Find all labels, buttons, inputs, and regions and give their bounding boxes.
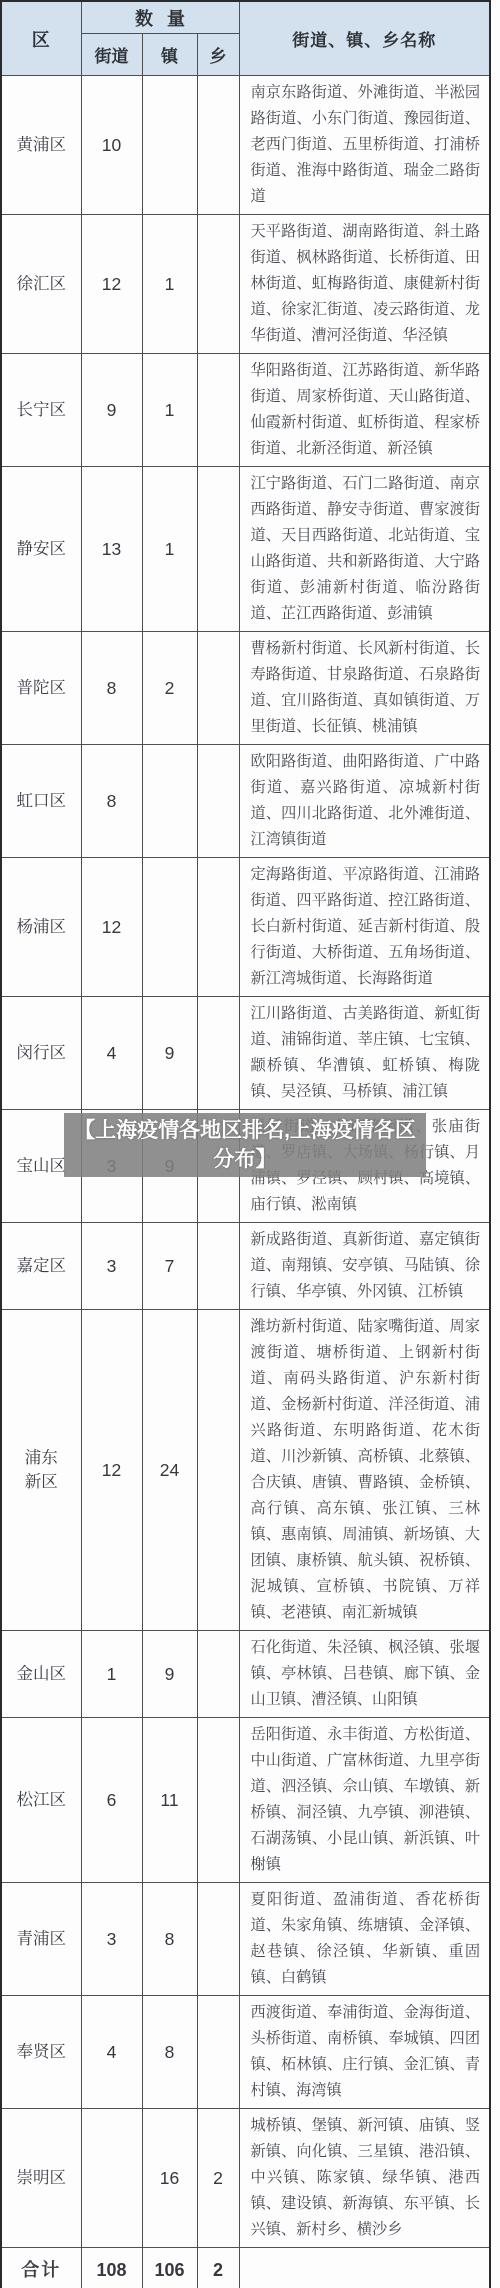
district-cell: 杨浦区: [1, 858, 81, 997]
district-cell: 浦东 新区: [1, 1310, 81, 1631]
table-row: 普陀区82曹杨新村街道、长风新村街道、长寿路街道、甘泉路街道、石泉路街道、宜川路…: [1, 632, 490, 745]
township-count-cell: 2: [197, 2109, 239, 2248]
table-row: 闵行区49江川路街道、古美路街道、新虹街道、浦锦街道、莘庄镇、七宝镇、颛桥镇、华…: [1, 997, 490, 1110]
table-row: 杨浦区12定海路街道、平凉路街道、江浦路街道、四平路街道、控江路街道、长白新村街…: [1, 858, 490, 997]
town-count-cell: 8: [142, 1883, 197, 1996]
total-label: 合计: [1, 2248, 81, 2288]
district-cell: 松江区: [1, 1718, 81, 1883]
street-count-cell: 9: [81, 354, 142, 467]
street-count-cell: 1: [81, 1631, 142, 1718]
town-count-cell: 16: [142, 2109, 197, 2248]
header-street: 街道: [81, 34, 142, 76]
district-cell: 徐汇区: [1, 215, 81, 354]
township-count-cell: [197, 997, 239, 1110]
district-cell: 普陀区: [1, 632, 81, 745]
street-count-cell: 6: [81, 1718, 142, 1883]
header-town: 镇: [142, 34, 197, 76]
header-township: 乡: [197, 34, 239, 76]
street-count-cell: 12: [81, 858, 142, 997]
total-street-count: 108: [81, 2248, 142, 2288]
town-count-cell: 9: [142, 1631, 197, 1718]
district-cell: 虹口区: [1, 745, 81, 858]
district-cell: 长宁区: [1, 354, 81, 467]
town-count-cell: 11: [142, 1718, 197, 1883]
district-cell: 静安区: [1, 467, 81, 632]
township-count-cell: [197, 1631, 239, 1718]
township-count-cell: [197, 1223, 239, 1310]
district-cell: 青浦区: [1, 1883, 81, 1996]
table-row: 徐汇区121天平路街道、湖南路街道、斜土路街道、枫林路街道、长桥街道、田林街道、…: [1, 215, 490, 354]
names-cell: 天平路街道、湖南路街道、斜土路街道、枫林路街道、长桥街道、田林街道、虹梅路街道、…: [239, 215, 490, 354]
table-row: 崇明区162城桥镇、堡镇、新河镇、庙镇、竖新镇、向化镇、三星镇、港沿镇、中兴镇、…: [1, 2109, 490, 2248]
street-count-cell: 10: [81, 76, 142, 215]
names-cell: 夏阳街道、盈浦街道、香花桥街道、朱家角镇、练塘镇、金泽镇、赵巷镇、徐泾镇、华新镇…: [239, 1883, 490, 1996]
table-row: 长宁区91华阳路街道、江苏路街道、新华路街道、周家桥街道、天山路街道、仙霞新村街…: [1, 354, 490, 467]
town-count-cell: 2: [142, 632, 197, 745]
town-count-cell: 9: [142, 997, 197, 1110]
town-count-cell: 1: [142, 354, 197, 467]
district-cell: 黄浦区: [1, 76, 81, 215]
table-row: 虹口区8欧阳路街道、曲阳路街道、广中路街道、嘉兴路街道、凉城新村街道、四川北路街…: [1, 745, 490, 858]
township-count-cell: [197, 1883, 239, 1996]
names-cell: 新成路街道、真新街道、嘉定镇街道、南翔镇、安亭镇、马陆镇、徐行镇、华亭镇、外冈镇…: [239, 1223, 490, 1310]
names-cell: 潍坊新村街道、陆家嘴街道、周家渡街道、塘桥街道、上钢新村街道、南码头路街道、沪东…: [239, 1310, 490, 1631]
street-count-cell: [81, 2109, 142, 2248]
table-row: 松江区611岳阳街道、永丰街道、方松街道、中山街道、广富林街道、九里亭街道、泗泾…: [1, 1718, 490, 1883]
district-cell: 嘉定区: [1, 1223, 81, 1310]
header-district: 区: [1, 1, 81, 76]
names-cell: 石化街道、朱泾镇、枫泾镇、张堰镇、亭林镇、吕巷镇、廊下镇、金山卫镇、漕泾镇、山阳…: [239, 1631, 490, 1718]
town-count-cell: [142, 76, 197, 215]
watermark-overlay: 【上海疫情各地区排名,上海疫情各区 分布】: [64, 1113, 426, 1177]
names-cell: 定海路街道、平凉路街道、江浦路街道、四平路街道、控江路街道、长白新村街道、延吉新…: [239, 858, 490, 997]
street-count-cell: 8: [81, 745, 142, 858]
street-count-cell: 3: [81, 1223, 142, 1310]
township-count-cell: [197, 76, 239, 215]
names-cell: 城桥镇、堡镇、新河镇、庙镇、竖新镇、向化镇、三星镇、港沿镇、中兴镇、陈家镇、绿华…: [239, 2109, 490, 2248]
table-row: 嘉定区37新成路街道、真新街道、嘉定镇街道、南翔镇、安亭镇、马陆镇、徐行镇、华亭…: [1, 1223, 490, 1310]
street-count-cell: 4: [81, 997, 142, 1110]
table-row: 静安区131江宁路街道、石门二路街道、南京西路街道、静安寺街道、曹家渡街道、天目…: [1, 467, 490, 632]
street-count-cell: 4: [81, 1996, 142, 2109]
district-cell: 金山区: [1, 1631, 81, 1718]
total-row: 合计 108 106 2: [1, 2248, 490, 2288]
township-count-cell: [197, 215, 239, 354]
total-township-count: 2: [197, 2248, 239, 2288]
township-count-cell: [197, 745, 239, 858]
town-count-cell: 1: [142, 467, 197, 632]
street-count-cell: 12: [81, 1310, 142, 1631]
town-count-cell: 1: [142, 215, 197, 354]
district-cell: 奉贤区: [1, 1996, 81, 2109]
township-count-cell: [197, 632, 239, 745]
town-count-cell: 8: [142, 1996, 197, 2109]
table-header: 区 数量 街道、镇、乡名称 街道 镇 乡: [1, 1, 490, 76]
header-quantity: 数量: [81, 1, 239, 34]
table-row: 奉贤区48西渡街道、奉浦街道、金海街道、头桥街道、南桥镇、奉城镇、四团镇、柘林镇…: [1, 1996, 490, 2109]
names-cell: 西渡街道、奉浦街道、金海街道、头桥街道、南桥镇、奉城镇、四团镇、柘林镇、庄行镇、…: [239, 1996, 490, 2109]
names-cell: 岳阳街道、永丰街道、方松街道、中山街道、广富林街道、九里亭街道、泗泾镇、佘山镇、…: [239, 1718, 490, 1883]
township-count-cell: [197, 858, 239, 997]
district-cell: 崇明区: [1, 2109, 81, 2248]
table-row: 青浦区38夏阳街道、盈浦街道、香花桥街道、朱家角镇、练塘镇、金泽镇、赵巷镇、徐泾…: [1, 1883, 490, 1996]
town-count-cell: 24: [142, 1310, 197, 1631]
names-cell: 华阳路街道、江苏路街道、新华路街道、周家桥街道、天山路街道、仙霞新村街道、虹桥街…: [239, 354, 490, 467]
table-footer: 合计 108 106 2: [1, 2248, 490, 2288]
table-row: 金山区19石化街道、朱泾镇、枫泾镇、张堰镇、亭林镇、吕巷镇、廊下镇、金山卫镇、漕…: [1, 1631, 490, 1718]
page: 区 数量 街道、镇、乡名称 街道 镇 乡 黄浦区10南京东路街道、外滩街道、半淞…: [0, 0, 500, 2288]
table-row: 浦东 新区1224潍坊新村街道、陆家嘴街道、周家渡街道、塘桥街道、上钢新村街道、…: [1, 1310, 490, 1631]
district-cell: 闵行区: [1, 997, 81, 1110]
township-count-cell: [197, 1310, 239, 1631]
street-count-cell: 12: [81, 215, 142, 354]
names-cell: 江宁路街道、石门二路街道、南京西路街道、静安寺街道、曹家渡街道、天目西路街道、北…: [239, 467, 490, 632]
town-count-cell: [142, 858, 197, 997]
township-count-cell: [197, 1996, 239, 2109]
header-row-top: 区 数量 街道、镇、乡名称: [1, 1, 490, 34]
township-count-cell: [197, 467, 239, 632]
names-cell: 曹杨新村街道、长风新村街道、长寿路街道、甘泉路街道、石泉路街道、宜川路街道、真如…: [239, 632, 490, 745]
township-count-cell: [197, 1718, 239, 1883]
town-count-cell: 7: [142, 1223, 197, 1310]
township-count-cell: [197, 354, 239, 467]
table-row: 黄浦区10南京东路街道、外滩街道、半淞园路街道、小东门街道、豫园街道、老西门街道…: [1, 76, 490, 215]
street-count-cell: 8: [81, 632, 142, 745]
header-names: 街道、镇、乡名称: [239, 1, 490, 76]
names-cell: 江川路街道、古美路街道、新虹街道、浦锦街道、莘庄镇、七宝镇、颛桥镇、华漕镇、虹桥…: [239, 997, 490, 1110]
total-names: [239, 2248, 490, 2288]
names-cell: 欧阳路街道、曲阳路街道、广中路街道、嘉兴路街道、凉城新村街道、四川北路街道、北外…: [239, 745, 490, 858]
names-cell: 南京东路街道、外滩街道、半淞园路街道、小东门街道、豫园街道、老西门街道、五里桥街…: [239, 76, 490, 215]
town-count-cell: [142, 745, 197, 858]
street-count-cell: 13: [81, 467, 142, 632]
total-town-count: 106: [142, 2248, 197, 2288]
street-count-cell: 3: [81, 1883, 142, 1996]
